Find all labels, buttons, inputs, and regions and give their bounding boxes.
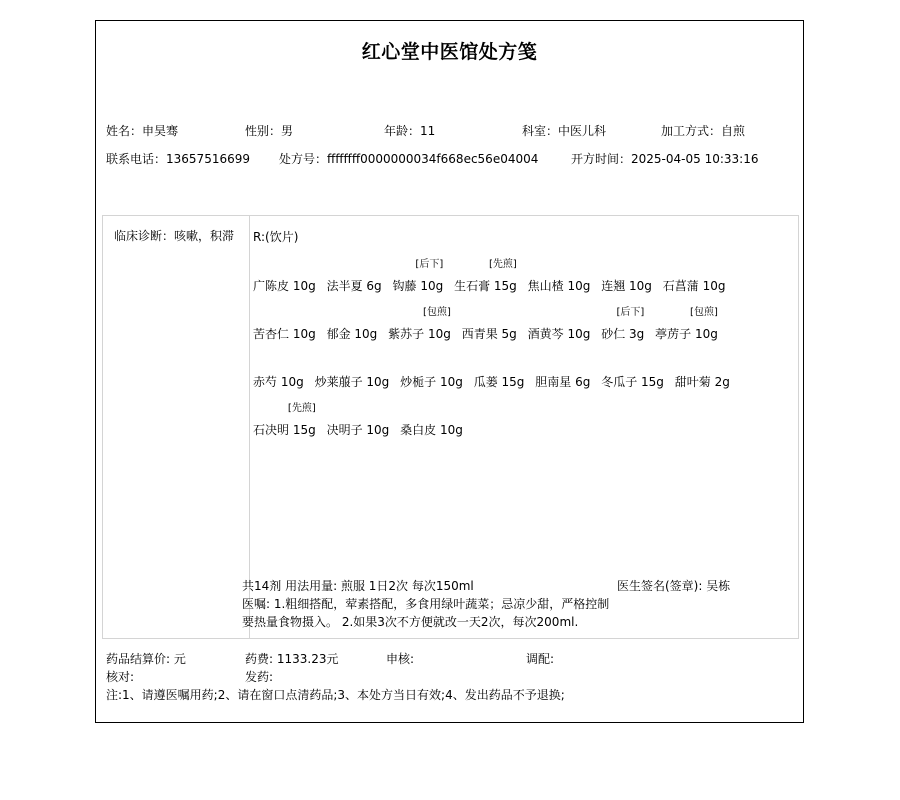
herb-item: 法半夏 6g: [327, 277, 382, 294]
herb-name: 冬瓜子: [601, 375, 637, 389]
herb-item: 酒黄芩 10g: [528, 325, 591, 342]
rx-header: R:(饮片): [253, 230, 298, 244]
herb-dose: 5g: [502, 327, 517, 341]
herb-dose: 10g: [366, 423, 389, 437]
herb-row-4: [先煎]石决明 15g 决明子 10g 桑白皮 10g: [253, 421, 470, 461]
herb-name: 酒黄芩: [528, 327, 564, 341]
herb-name: 连翘: [601, 279, 625, 293]
herb-note: [先煎]: [489, 255, 517, 270]
herb-dose: 10g: [354, 327, 377, 341]
rx-number-value: ffffffff0000000034f668ec56e04004: [327, 152, 538, 166]
herb-item: 炒莱菔子 10g: [315, 373, 390, 390]
usage-dosage: 共14剂 用法用量: 煎服 1日2次 每次150ml: [242, 577, 474, 595]
name-value: 申昊骞: [142, 124, 178, 138]
process-label: 加工方式：: [661, 124, 721, 138]
herb-row-3: 赤芍 10g 炒莱菔子 10g 炒栀子 10g 瓜蒌 15g 胆南星 6g 冬瓜…: [253, 373, 737, 413]
patient-dept: 科室：中医儿科: [522, 124, 606, 138]
herb-item: 连翘 10g: [601, 277, 652, 294]
herb-dose: 10g: [629, 279, 652, 293]
herb-item: 桑白皮 10g: [400, 421, 463, 438]
phone-label: 联系电话：: [106, 152, 166, 166]
gender-label: 性别：: [245, 124, 281, 138]
herb-note: [包煎]: [690, 303, 718, 318]
herb-dose: 3g: [629, 327, 644, 341]
herb-name: 赤芍: [253, 375, 277, 389]
doctor-advice: 医嘱: 1.粗细搭配，荤素搭配，多食用绿叶蔬菜；忌凉少甜，严格控制要热量食物摄入…: [242, 595, 617, 631]
doctor-signature: 医生签名(签章): 吴栋: [617, 577, 730, 595]
herb-dose: 10g: [366, 375, 389, 389]
herb-dose: 10g: [567, 279, 590, 293]
herb-item: [后下]钩藤 10g: [393, 277, 444, 294]
dept-label: 科室：: [522, 124, 558, 138]
herb-item: 胆南星 6g: [535, 373, 590, 390]
rx-number: 处方号：ffffffff0000000034f668ec56e04004: [279, 152, 538, 166]
herb-dose: 10g: [703, 279, 726, 293]
herb-item: [包煎]葶苈子 10g: [655, 325, 718, 342]
herb-name: 决明子: [327, 423, 363, 437]
gender-value: 男: [281, 124, 293, 138]
herb-name: 甜叶菊: [675, 375, 711, 389]
drug-fee: 药费: 1133.23元: [245, 652, 338, 666]
herb-item: 石菖蒲 10g: [663, 277, 726, 294]
herb-name: 广陈皮: [253, 279, 289, 293]
rx-time-label: 开方时间：: [571, 152, 631, 166]
herb-item: 决明子 10g: [327, 421, 390, 438]
herb-note: [后下]: [415, 255, 443, 270]
herb-name: 西青果: [462, 327, 498, 341]
herb-item: 瓜蒌 15g: [474, 373, 525, 390]
herb-dose: 10g: [695, 327, 718, 341]
column-divider: [249, 216, 250, 638]
herb-item: 炒栀子 10g: [400, 373, 463, 390]
herb-name: 法半夏: [327, 279, 363, 293]
herb-name: 葶苈子: [655, 327, 691, 341]
herb-dose: 15g: [293, 423, 316, 437]
herb-name: 焦山楂: [528, 279, 564, 293]
herb-dose: 15g: [641, 375, 664, 389]
herb-name: 砂仁: [601, 327, 625, 341]
dispense-label: 调配:: [526, 652, 554, 666]
herb-item: 甜叶菊 2g: [675, 373, 730, 390]
herb-dose: 10g: [428, 327, 451, 341]
herb-dose: 10g: [293, 327, 316, 341]
herb-name: 钩藤: [393, 279, 417, 293]
prescription-box: 临床诊断：咳嗽，积滞 R:(饮片) 广陈皮 10g 法半夏 6g [后下]钩藤 …: [102, 215, 799, 639]
herb-dose: 10g: [567, 327, 590, 341]
footer-notes: 注:1、请遵医嘱用药;2、请在窗口点清药品;3、本处方当日有效;4、发出药品不予…: [106, 688, 565, 702]
herb-item: 焦山楂 10g: [528, 277, 591, 294]
herb-name: 苦杏仁: [253, 327, 289, 341]
herb-row-2: 苦杏仁 10g 郁金 10g [包煎]紫苏子 10g 西青果 5g 酒黄芩 10…: [253, 325, 725, 365]
herb-item: 苦杏仁 10g: [253, 325, 316, 342]
herb-name: 胆南星: [535, 375, 571, 389]
herb-dose: 2g: [715, 375, 730, 389]
herb-name: 生石膏: [454, 279, 490, 293]
herb-item: 赤芍 10g: [253, 373, 304, 390]
herb-dose: 10g: [281, 375, 304, 389]
herb-note: [后下]: [616, 303, 644, 318]
phone-value: 13657516699: [166, 152, 250, 166]
herb-item: 广陈皮 10g: [253, 277, 316, 294]
settlement-price: 药品结算价: 元: [106, 652, 186, 666]
check-label: 核对:: [106, 670, 134, 684]
process-value: 自煎: [721, 124, 745, 138]
herb-item: [先煎]生石膏 15g: [454, 277, 517, 294]
herb-dose: 15g: [494, 279, 517, 293]
herb-name: 桑白皮: [400, 423, 436, 437]
diagnosis-label: 临床诊断：: [114, 229, 174, 243]
herb-name: 石决明: [253, 423, 289, 437]
herb-item: [先煎]石决明 15g: [253, 421, 316, 438]
patient-age: 年龄：11: [384, 124, 435, 138]
herb-dose: 15g: [502, 375, 525, 389]
patient-name: 姓名：申昊骞: [106, 124, 178, 138]
rx-number-label: 处方号：: [279, 152, 327, 166]
name-label: 姓名：: [106, 124, 142, 138]
herb-name: 炒栀子: [400, 375, 436, 389]
herb-dose: 10g: [420, 279, 443, 293]
herb-dose: 10g: [440, 423, 463, 437]
herb-dose: 10g: [293, 279, 316, 293]
review-label: 申核:: [386, 652, 414, 666]
diagnosis: 临床诊断：咳嗽，积滞: [114, 228, 239, 245]
herb-note: [包煎]: [423, 303, 451, 318]
herb-item: [包煎]紫苏子 10g: [388, 325, 451, 342]
herb-name: 瓜蒌: [474, 375, 498, 389]
rx-time-value: 2025-04-05 10:33:16: [631, 152, 758, 166]
herb-name: 炒莱菔子: [315, 375, 363, 389]
herb-name: 石菖蒲: [663, 279, 699, 293]
herb-dose: 6g: [575, 375, 590, 389]
patient-phone: 联系电话：13657516699: [106, 152, 250, 166]
rx-time: 开方时间：2025-04-05 10:33:16: [571, 152, 758, 166]
dept-value: 中医儿科: [558, 124, 606, 138]
prescription-sheet: 红心堂中医馆处方笺 姓名：申昊骞 性别：男 年龄：11 科室：中医儿科 加工方式…: [95, 20, 804, 723]
herb-name: 郁金: [327, 327, 351, 341]
age-label: 年龄：: [384, 124, 420, 138]
diagnosis-value: 咳嗽，积滞: [174, 229, 234, 243]
herb-name: 紫苏子: [388, 327, 424, 341]
age-value: 11: [420, 124, 435, 138]
herb-row-1: 广陈皮 10g 法半夏 6g [后下]钩藤 10g [先煎]生石膏 15g 焦山…: [253, 277, 732, 317]
herb-item: [后下]砂仁 3g: [601, 325, 644, 342]
process-method: 加工方式：自煎: [661, 124, 745, 138]
herb-item: 冬瓜子 15g: [601, 373, 664, 390]
herb-note: [先煎]: [288, 399, 316, 414]
issue-label: 发药:: [245, 670, 273, 684]
page-title: 红心堂中医馆处方笺: [96, 37, 803, 64]
herb-dose: 6g: [366, 279, 381, 293]
herb-item: 西青果 5g: [462, 325, 517, 342]
herb-item: 郁金 10g: [327, 325, 378, 342]
herb-dose: 10g: [440, 375, 463, 389]
patient-gender: 性别：男: [245, 124, 293, 138]
